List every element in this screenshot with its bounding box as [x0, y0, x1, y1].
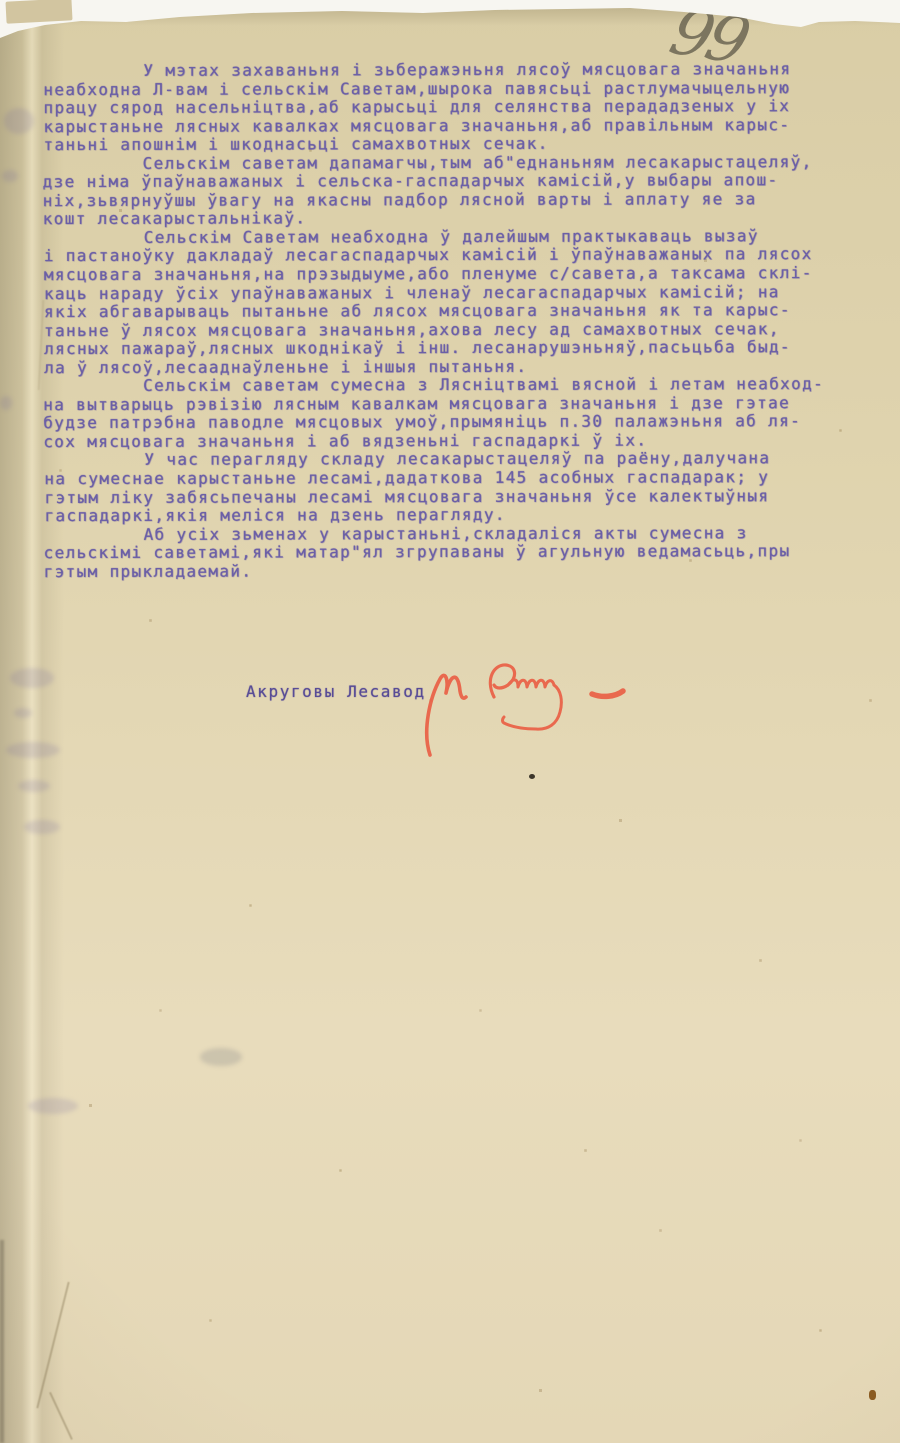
text-line: лясных пажараў,лясных шкоднікаў і інш. л… [44, 338, 880, 359]
signature-stroke [427, 675, 466, 755]
paragraph-5: У час перагляду складу лесакарыстацеляў … [44, 449, 880, 525]
handwritten-signature [370, 635, 640, 785]
paragraph-4: Сельскім саветам сумесна з Лясніцтвамі в… [44, 375, 880, 451]
signature-stroke [592, 691, 623, 696]
text-line: гаспадаркі,якія меліся на дзень перагляд… [44, 505, 880, 526]
typewritten-text: У мэтах захаваньня і зьберажэньня лясоў … [43, 60, 880, 581]
paragraph-2: Сельскім саветам дапамагчы,тым аб"еднань… [44, 153, 880, 229]
text-line: сельскімі саветамі,які матар"ял згрупава… [44, 542, 880, 563]
paper-tab [5, 0, 72, 24]
paragraph-3: Сельскім Саветам неабходна ў далейшым пр… [44, 227, 880, 378]
paper-specks [0, 0, 1, 1]
ink-smudge [18, 780, 50, 792]
ink-smudge [6, 742, 60, 758]
ink-smudge [2, 170, 18, 182]
ink-smudge [10, 668, 54, 688]
text-line: гэтым ліку забясьпечаны лесамі мясцовага… [44, 486, 880, 507]
ink-smudge [0, 396, 12, 410]
signature-stroke [508, 680, 554, 687]
text-line: кошт лесакарыстальнікаў. [43, 208, 879, 229]
text-line: ніх,зьвярнуўшы ўвагу на якасны падбор ля… [43, 190, 879, 211]
paper-fleck [869, 1390, 876, 1400]
text-line: гэтым прыкладаемай. [44, 561, 880, 582]
ink-smudge [14, 708, 32, 718]
ink-smudge [28, 1098, 78, 1114]
document-page: 99 У мэтах захаваньня і зьберажэньня ляс… [0, 0, 900, 1443]
text-line: сох мясцовага значаньня і аб вядзеньні г… [43, 431, 879, 452]
paragraph-1: У мэтах захаваньня і зьберажэньня лясоў … [43, 60, 879, 155]
crease-line [49, 1392, 72, 1440]
text-line: будзе патрэбна паводле мясцовых умоў,пры… [43, 412, 879, 433]
ink-smudge [4, 108, 34, 134]
scanned-document: 99 У мэтах захаваньня і зьберажэньня ляс… [0, 0, 900, 1443]
crease-line [36, 1282, 69, 1409]
text-line: карыстаньне лясных кавалках мясцовага зн… [43, 116, 879, 137]
ink-smudge [24, 820, 60, 834]
signature-stroke [503, 685, 562, 729]
scan-edge-shadow [0, 1240, 4, 1443]
paragraph-6: Аб усіх зьменах у карыстаньні,складаліся… [45, 524, 881, 582]
ink-smudge [200, 1048, 242, 1066]
